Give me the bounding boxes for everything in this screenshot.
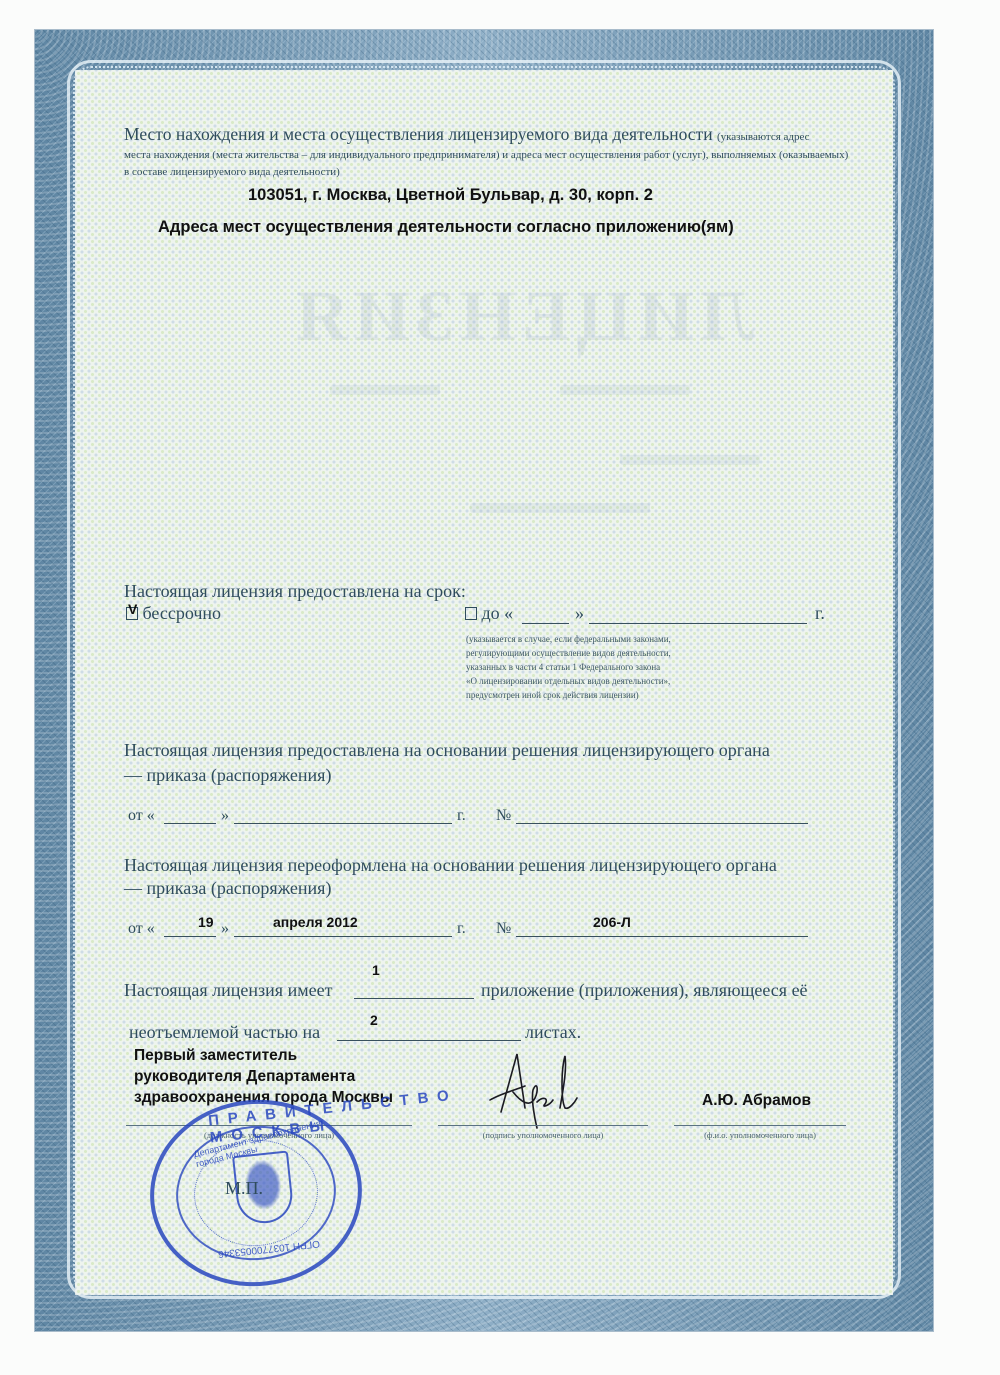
until-note-4: «О лицензировании отдельных видов деятел… [466,674,670,689]
until-date-field[interactable] [589,623,807,624]
granted-quote-close: » [221,807,229,825]
appendix-sheets-underline [337,1040,521,1041]
reissued-quote-close: » [221,920,229,938]
signatory-position-line1: Первый заместитель [134,1045,393,1066]
watermark-line [620,455,760,465]
granted-heading-line1: Настоящая лицензия предоставлена на осно… [124,740,770,761]
until-checkbox[interactable] [465,607,477,620]
granted-month-year-field[interactable] [234,823,452,824]
signature-line [438,1125,648,1126]
granted-number-field[interactable] [516,823,808,824]
watermark: ЛИЦЕНЗИЯ [290,275,754,358]
term-heading: Настоящая лицензия предоставлена на срок… [124,581,466,602]
reissued-number: 206-Л [593,914,631,930]
indefinite-checkbox[interactable]: V [126,607,138,620]
watermark-line [470,503,650,513]
check-mark-icon: V [128,601,137,617]
seal-label: М.П. [225,1178,263,1199]
reissued-month-year: апреля 2012 [273,914,358,930]
signature-icon [485,1050,585,1132]
reissued-from-label: от « [128,920,155,938]
reissued-month-year-underline [234,936,452,937]
reissued-number-label: № [496,920,511,938]
granted-day-field[interactable] [164,823,216,824]
license-address: 103051, г. Москва, Цветной Бульвар, д. 3… [248,186,653,205]
activity-addresses-note: Адреса мест осуществления деятельности с… [158,218,734,237]
reissued-heading-line1: Настоящая лицензия переоформлена на осно… [124,855,777,876]
appendix-line1-prefix: Настоящая лицензия имеет [124,980,332,1001]
signatory-name: А.Ю. Абрамов [702,1092,811,1110]
reissued-number-underline [516,936,808,937]
until-year-suffix: г. [815,603,825,624]
granted-number-label: № [496,807,511,825]
reissued-year-suffix: г. [457,920,466,938]
watermark-line [330,385,440,395]
until-note-3: указанных в части 4 статьи 1 Федеральног… [466,660,660,675]
granted-year-suffix: г. [457,807,466,825]
term-option-indefinite[interactable]: V бессрочно [126,603,221,624]
term-option-until[interactable]: до « [465,603,513,624]
appendix-sheets: 2 [370,1012,378,1028]
caption-signature: (подпись уполномоченного лица) [438,1130,648,1140]
watermark-line [560,385,690,395]
appendix-line2-suffix: листах. [525,1022,581,1043]
until-note-2: регулирующими осуществление видов деятел… [466,646,671,661]
appendix-count-underline [354,998,474,999]
until-note-5: предусмотрен иной срок действия лицензии… [466,688,639,703]
until-label-prefix: до « [482,603,514,623]
appendix-line1-suffix: приложение (приложения), являющееся её [481,980,808,1001]
name-line [674,1125,846,1126]
reissued-heading-line2: — приказа (распоряжения) [124,878,331,899]
until-day-field[interactable] [522,623,569,624]
appendix-line2-prefix: неотъемлемой частью на [129,1022,320,1043]
location-note-line3: в составе лицензируемого вида деятельнос… [124,166,340,178]
granted-from-label: от « [128,807,155,825]
reissued-day-underline [164,936,216,937]
reissued-day: 19 [198,914,214,930]
granted-heading-line2: — приказа (распоряжения) [124,765,331,786]
until-quote-close: » [575,603,584,624]
until-note-1: (указывается в случае, если федеральными… [466,632,671,647]
location-note-line2: места нахождения (места жительства – для… [124,149,848,161]
signatory-position-line2: руководителя Департамента [134,1066,393,1087]
appendix-count: 1 [372,962,380,978]
caption-name: (ф.и.о. уполномоченного лица) [674,1130,846,1140]
indefinite-label: бессрочно [143,603,222,623]
location-heading: Место нахождения и места осуществления л… [124,124,810,145]
